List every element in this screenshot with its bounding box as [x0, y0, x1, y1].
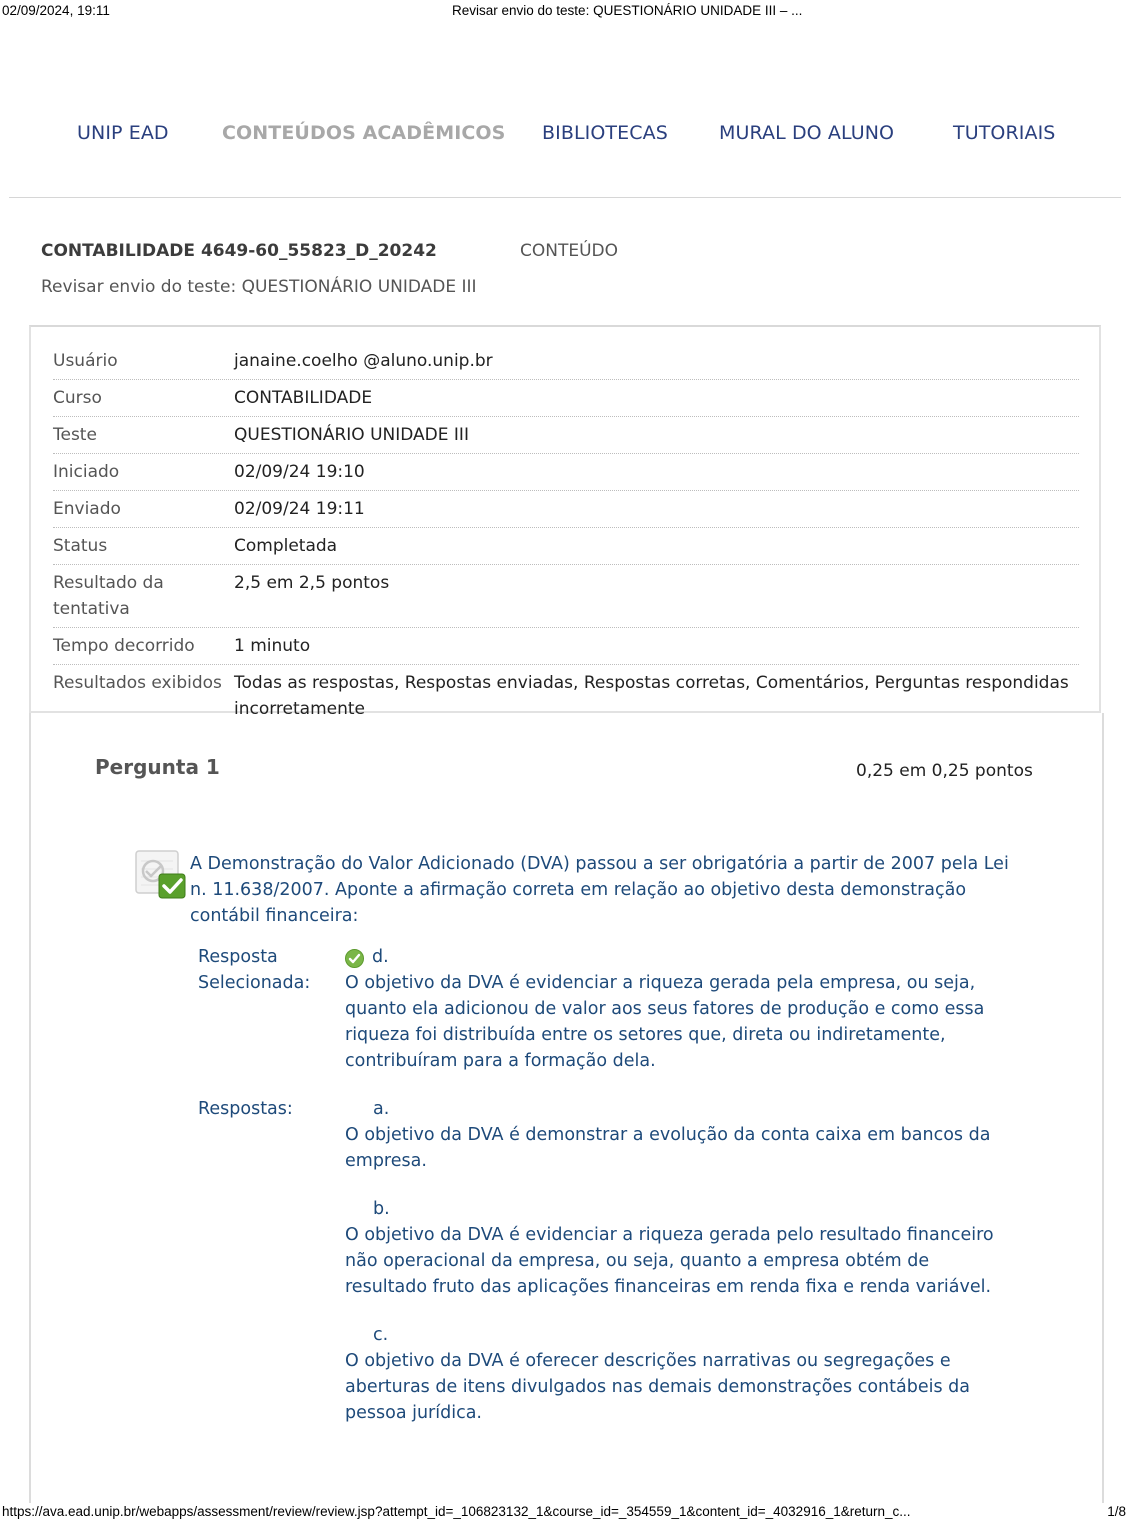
answer-text: O objetivo da DVA é demonstrar a evoluçã… — [345, 1122, 1005, 1174]
answer-option-c: c. O objetivo da DVA é oferecer descriçõ… — [345, 1322, 1005, 1426]
page-title: Revisar envio do teste: QUESTIONÁRIO UNI… — [41, 277, 477, 297]
info-row-teste: Teste QUESTIONÁRIO UNIDADE III — [53, 417, 1079, 454]
answer-text: O objetivo da DVA é evidenciar a riqueza… — [345, 1222, 1005, 1300]
info-row-tempo: Tempo decorrido 1 minuto — [53, 628, 1079, 665]
info-value: CONTABILIDADE — [234, 385, 1079, 411]
info-label: Curso — [53, 385, 234, 411]
check-circle-icon — [345, 949, 364, 968]
answers-label: Respostas: — [198, 1096, 293, 1122]
answer-option-b: b. O objetivo da DVA é evidenciar a riqu… — [345, 1196, 1005, 1300]
info-label: Usuário — [53, 348, 234, 374]
selected-answer-text: O objetivo da DVA é evidenciar a riqueza… — [345, 970, 1005, 1074]
nav-unip-ead[interactable]: UNIP EAD — [77, 122, 169, 144]
print-page-number: 1/8 — [1107, 1504, 1126, 1519]
score-value: 2,5 em 2,5 pontos — [234, 570, 1079, 622]
info-label: Resultado da tentativa — [53, 570, 224, 622]
print-date: 02/09/2024, 19:11 — [2, 3, 110, 18]
selected-answer-label-line2: Selecionada: — [198, 970, 310, 996]
nav-bibliotecas[interactable]: BIBLIOTECAS — [542, 122, 668, 144]
answer-letter: c. — [345, 1322, 1005, 1348]
correct-answer-icon — [133, 849, 187, 901]
nav-tutoriais[interactable]: TUTORIAIS — [953, 122, 1055, 144]
attempt-info-table: Usuário janaine.coelho @aluno.unip.br Cu… — [53, 343, 1079, 727]
info-label: Teste — [53, 422, 234, 448]
info-label: Iniciado — [53, 459, 234, 485]
info-row-usuario: Usuário janaine.coelho @aluno.unip.br — [53, 343, 1079, 380]
info-value: janaine.coelho @aluno.unip.br — [234, 348, 1079, 374]
nav-mural-do-aluno[interactable]: MURAL DO ALUNO — [719, 122, 894, 144]
info-value: 1 minuto — [234, 633, 1079, 659]
answer-text: O objetivo da DVA é oferecer descrições … — [345, 1348, 1005, 1426]
attempt-info-panel: Usuário janaine.coelho @aluno.unip.br Cu… — [29, 325, 1101, 713]
info-label: Status — [53, 533, 234, 559]
print-footer: https://ava.ead.unip.br/webapps/assessme… — [0, 1504, 1130, 1522]
answer-letter: b. — [345, 1196, 1005, 1222]
selected-answer: d. O objetivo da DVA é evidenciar a riqu… — [345, 944, 1005, 1074]
selected-answer-letter: d. — [372, 944, 389, 970]
selected-answer-label: Resposta Selecionada: — [198, 944, 310, 996]
print-header: 02/09/2024, 19:11 Revisar envio do teste… — [0, 3, 1130, 23]
answer-option-a: a. O objetivo da DVA é demonstrar a evol… — [345, 1096, 1005, 1174]
question-text: A Demonstração do Valor Adicionado (DVA)… — [190, 851, 1010, 929]
selected-answer-letter-row: d. — [345, 944, 1005, 970]
info-row-iniciado: Iniciado 02/09/24 19:10 — [53, 454, 1079, 491]
info-label: Enviado — [53, 496, 234, 522]
info-row-resultado: Resultado da tentativa 2,5 em 2,5 pontos — [53, 565, 1079, 628]
question-points: 0,25 em 0,25 pontos — [856, 761, 1033, 781]
info-value: 02/09/24 19:11 — [234, 496, 1079, 522]
print-title: Revisar envio do teste: QUESTIONÁRIO UNI… — [452, 3, 802, 18]
info-row-enviado: Enviado 02/09/24 19:11 — [53, 491, 1079, 528]
breadcrumb-course[interactable]: CONTABILIDADE 4649-60_55823_D_20242 — [41, 241, 437, 261]
info-label: Tempo decorrido — [53, 633, 234, 659]
info-value: QUESTIONÁRIO UNIDADE III — [234, 422, 1079, 448]
info-row-status: Status Completada — [53, 528, 1079, 565]
top-navigation: UNIP EAD CONTEÚDOS ACADÊMICOS BIBLIOTECA… — [0, 122, 1130, 152]
info-row-curso: Curso CONTABILIDADE — [53, 380, 1079, 417]
nav-divider — [9, 197, 1121, 198]
status-value: Completada — [234, 533, 1079, 559]
selected-answer-label-line1: Resposta — [198, 944, 310, 970]
question-title: Pergunta 1 — [95, 755, 220, 779]
print-url: https://ava.ead.unip.br/webapps/assessme… — [2, 1504, 911, 1519]
nav-conteudos-academicos[interactable]: CONTEÚDOS ACADÊMICOS — [222, 122, 505, 144]
answer-letter: a. — [345, 1096, 1005, 1122]
info-value: 02/09/24 19:10 — [234, 459, 1079, 485]
breadcrumb-section[interactable]: CONTEÚDO — [520, 241, 618, 261]
